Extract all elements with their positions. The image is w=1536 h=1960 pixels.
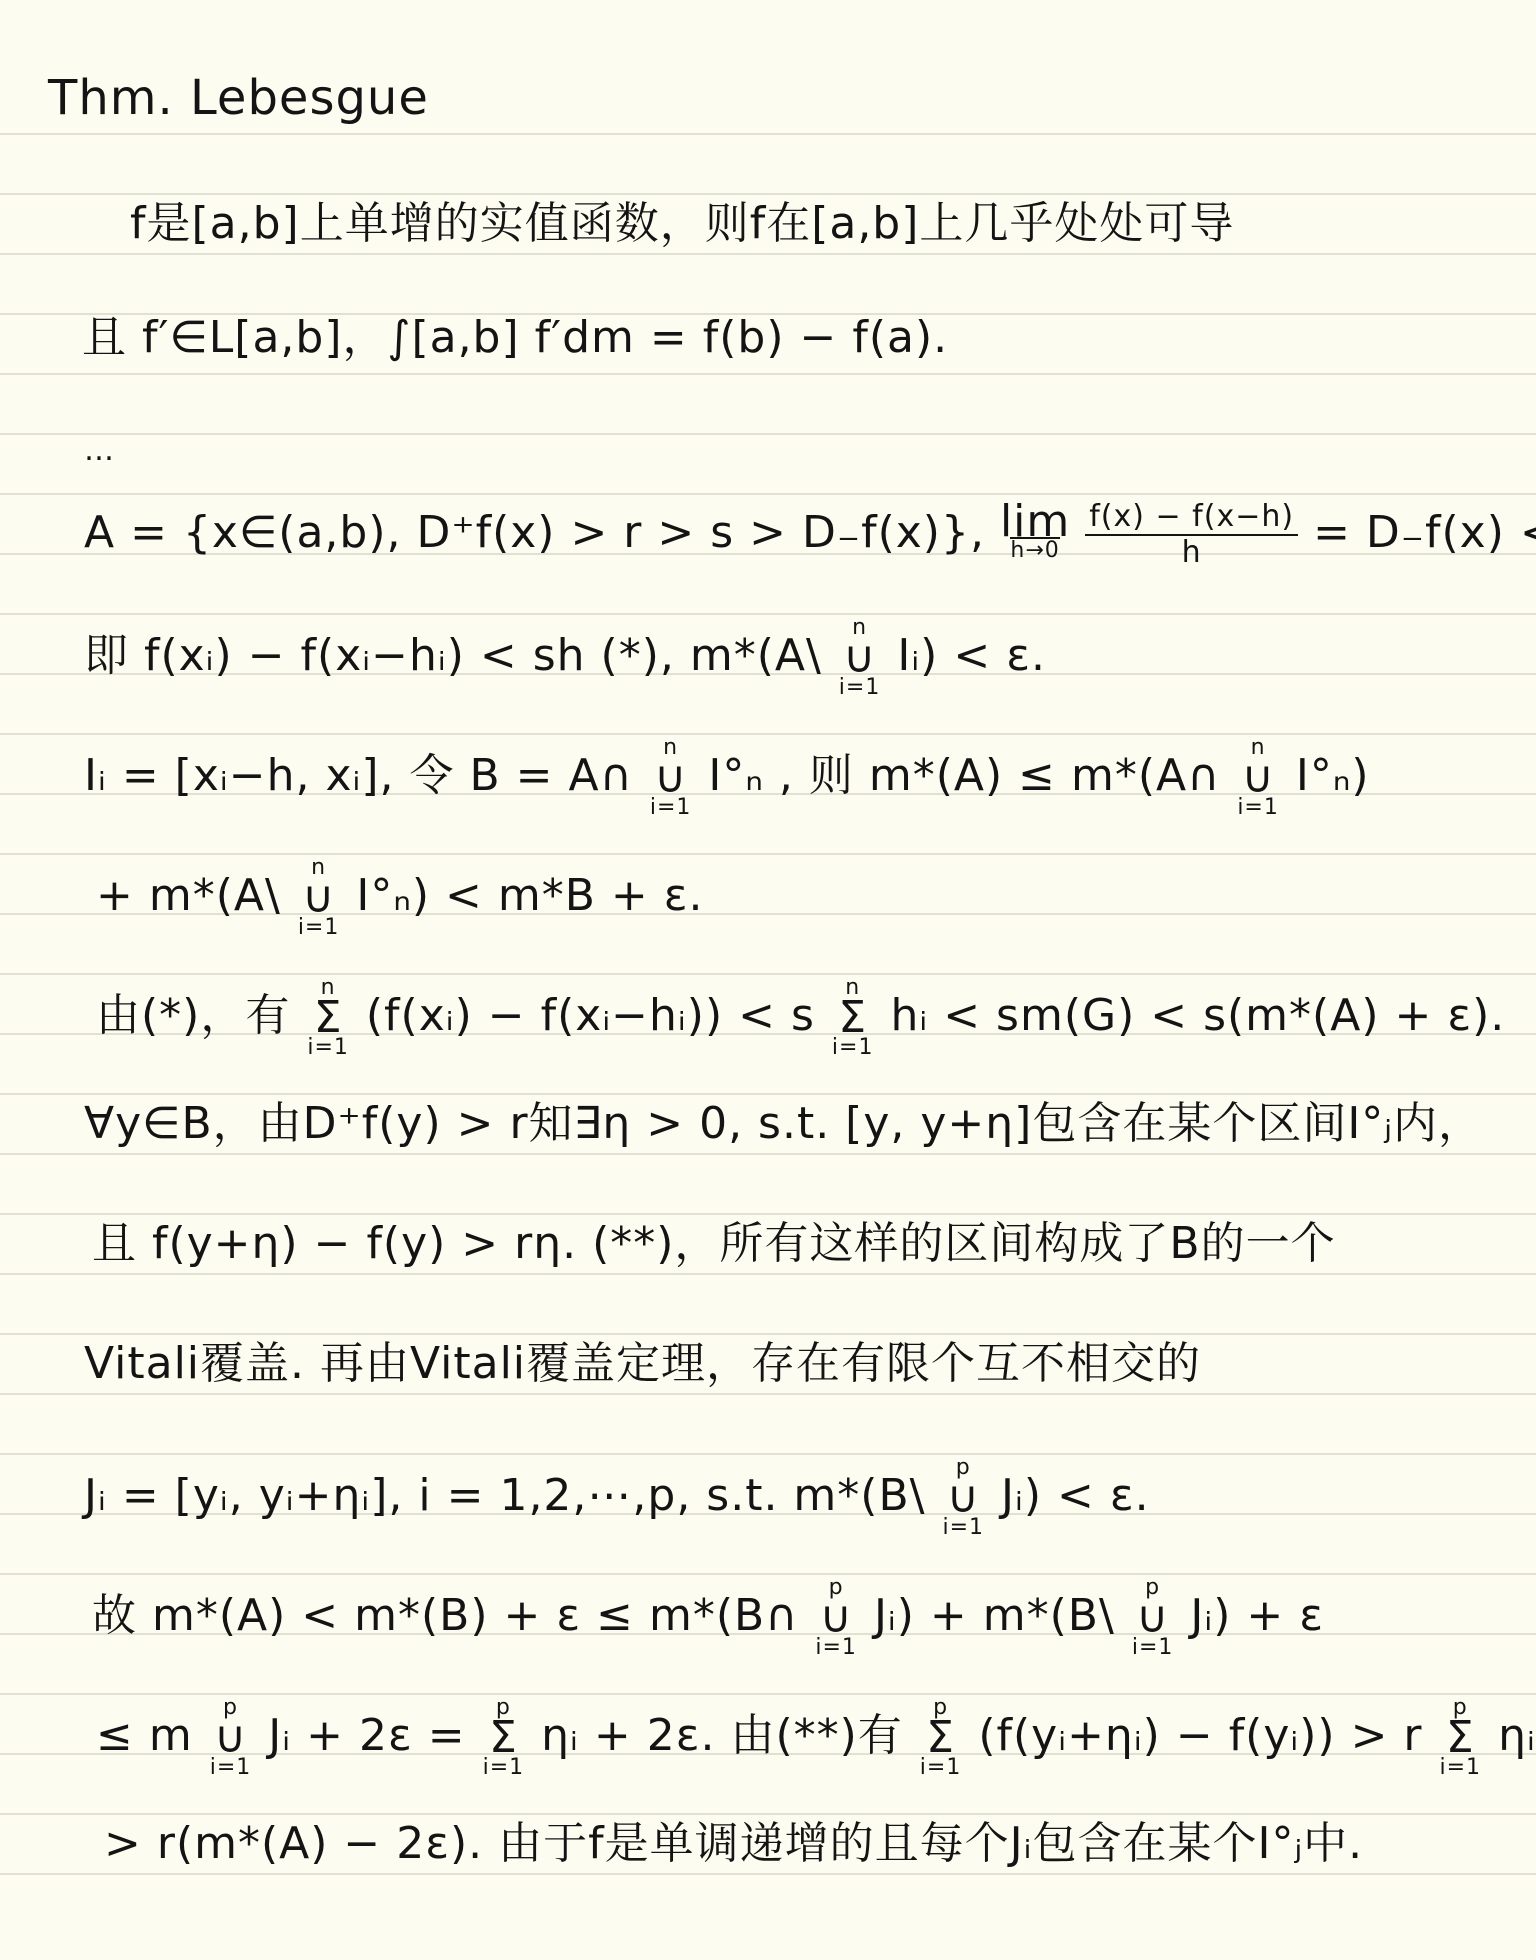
union-symbol: n∪i=1 [1237,738,1279,818]
lim-label: lim [1000,507,1070,537]
le-measure: ≤ m [96,1710,193,1761]
measure-bound: Iᵢ) < ε. [897,630,1046,681]
lower-derivative-bound: = D₋f(x) < s , [1313,507,1536,558]
proof-line-set-A: A = {x∈(a,b), D⁺f(x) > r > s > D₋f(x)}, … [84,500,1536,570]
union-op: ∪ [820,1598,853,1638]
ruled-line [0,1573,1536,1575]
ruled-line [0,1333,1536,1335]
union-lower: i=1 [839,678,881,698]
theorem-title: Thm. Lebesgue [48,72,429,124]
by-double-star: ηᵢ + 2ε. 由(**)有 [541,1710,903,1761]
proof-line-therefore: 故 m*(A) < m*(B) + ε ≤ m*(B∩ p∪i=1 Jᵢ) + … [92,1578,1324,1658]
plus-measure: + m*(A\ [96,870,281,921]
sum-lower: i=1 [483,1758,525,1778]
union-lower: i=1 [1132,1638,1174,1658]
union-op: ∪ [947,1478,980,1518]
sum-symbol: pΣi=1 [483,1698,525,1778]
ruled-line [0,1273,1536,1275]
limit-expression: lim h→0 [1000,507,1070,563]
sum-differences: (f(xᵢ) − f(xᵢ−hᵢ)) < s [366,990,815,1041]
theorem-statement-line-2: 且 f′∈L[a,b]，∫[a,b] f′dm = f(b) − f(a). [82,312,948,364]
sigma-op: Σ [926,1718,955,1758]
lim-subscript: h→0 [1010,537,1059,563]
union-op: ∪ [214,1718,247,1758]
union-lower: i=1 [298,918,340,938]
union-symbol: p∪i=1 [1132,1578,1174,1658]
union-op: ∪ [1136,1598,1169,1638]
eta-sum: ηᵢ [1498,1710,1536,1761]
interval-definition: Iᵢ = [xᵢ−h, xᵢ], 令 B = A∩ [84,750,633,801]
ruled-line [0,133,1536,135]
union-op: ∪ [654,758,687,798]
proof-line-star: 即 f(xᵢ) − f(xᵢ−hᵢ) < sh (*), m*(A\ n∪i=1… [84,618,1046,698]
ruled-line [0,1453,1536,1455]
sum-h-bound: hᵢ < sm(G) < s(m*(A) + ε). [890,990,1505,1041]
ruled-line [0,1393,1536,1395]
union-op: ∪ [1241,758,1274,798]
fraction-denominator: h [1182,536,1202,570]
ruled-line [0,373,1536,375]
proof-line-sum-star: 由(*)，有 nΣi=1 (f(xᵢ) − f(xᵢ−hᵢ)) < s nΣi=… [96,978,1505,1058]
proof-line-conclusion: > r(m*(A) − 2ε). 由于f是单调递增的且每个Jᵢ包含在某个I°ⱼ中… [104,1818,1363,1870]
proof-line-sum-eta: ≤ m p∪i=1 Jᵢ + 2ε = pΣi=1 ηᵢ + 2ε. 由(**)… [96,1698,1536,1778]
J-interval-definition: Jᵢ = [yᵢ, yᵢ+ηᵢ], i = 1,2,⋯,p, s.t. m*(B… [84,1470,925,1521]
plus-outer-measure: Jᵢ) + m*(B\ [874,1590,1115,1641]
union-lower: i=1 [815,1638,857,1658]
ruled-line [0,493,1536,495]
union-symbol: n∪i=1 [839,618,881,698]
union-lower: i=1 [210,1758,252,1778]
sum-f-differences: (f(yᵢ+ηᵢ) − f(yᵢ)) > r [978,1710,1422,1761]
proof-line-J-intervals: Jᵢ = [yᵢ, yᵢ+ηᵢ], i = 1,2,⋯,p, s.t. m*(B… [84,1458,1150,1538]
sum-symbol: pΣi=1 [920,1698,962,1778]
interior-union: I°ₙ) [1296,750,1370,801]
proof-line-vitali: Vitali覆盖. 再由Vitali覆盖定理，存在有限个互不相交的 [84,1338,1201,1390]
union-lower: i=1 [1237,798,1279,818]
union-symbol: n∪i=1 [298,858,340,938]
union-lower: i=1 [650,798,692,818]
ruled-line [0,853,1536,855]
sum-lower: i=1 [307,1038,349,1058]
sum-lower: i=1 [832,1038,874,1058]
ruled-line [0,1213,1536,1215]
fraction-numerator: f(x) − f(x−h) [1085,500,1298,536]
union-symbol: p∪i=1 [815,1578,857,1658]
ruled-line [0,193,1536,195]
sum-symbol: pΣi=1 [1440,1698,1482,1778]
star-inequality: 即 f(xᵢ) − f(xᵢ−hᵢ) < sh (*), m*(A\ [84,630,822,681]
measure-B-bound: I°ₙ) < m*B + ε. [356,870,703,921]
proof-line-intervals: Iᵢ = [xᵢ−h, xᵢ], 令 B = A∩ n∪i=1 I°ₙ , 则 … [84,738,1370,818]
ruled-line [0,433,1536,435]
ruled-line [0,1093,1536,1095]
theorem-statement-line-1: f是[a,b]上单增的实值函数，则f在[a,b]上几乎处处可导 [130,198,1234,250]
sum-lower: i=1 [1440,1758,1482,1778]
union-op: ∪ [843,638,876,678]
plus-epsilon: Jᵢ) + ε [1190,1590,1324,1641]
by-star: 由(*)，有 [96,990,290,1041]
ruled-line [0,1153,1536,1155]
proof-line-plus-measure: + m*(A\ n∪i=1 I°ₙ) < m*B + ε. [96,858,704,938]
sigma-op: Σ [838,998,867,1038]
ruled-line [0,1873,1536,1875]
outer-measure-inequality: I°ₙ , 则 m*(A) ≤ m*(A∩ [708,750,1220,801]
union-symbol: p∪i=1 [942,1458,984,1538]
union-lower: i=1 [942,1518,984,1538]
difference-quotient: f(x) − f(x−h) h [1085,500,1298,570]
set-A-definition: A = {x∈(a,b), D⁺f(x) > r > s > D₋f(x)}, [84,507,985,558]
union-symbol: n∪i=1 [650,738,692,818]
sum-symbol: nΣi=1 [832,978,874,1058]
ruled-line [0,1813,1536,1815]
ruled-line [0,613,1536,615]
sum-lower: i=1 [920,1758,962,1778]
sigma-op: Σ [314,998,343,1038]
ruled-line [0,253,1536,255]
sigma-op: Σ [489,1718,518,1758]
therefore-inequality: 故 m*(A) < m*(B) + ε ≤ m*(B∩ [92,1590,798,1641]
union-op: ∪ [302,878,335,918]
proof-line-forall-y: ∀y∈B，由D⁺f(y) > r知∃η > 0, s.t. [y, y+η]包含… [84,1098,1483,1150]
ruled-line [0,973,1536,975]
sum-symbol: nΣi=1 [307,978,349,1058]
proof-line-double-star: 且 f(y+η) − f(y) > rη. (**)，所有这样的区间构成了B的一… [92,1218,1336,1270]
ruled-line [0,733,1536,735]
sigma-op: Σ [1446,1718,1475,1758]
union-symbol: p∪i=1 [210,1698,252,1778]
J-measure-bound: Jᵢ) < ε. [1001,1470,1150,1521]
plus-two-epsilon: Jᵢ + 2ε = [268,1710,465,1761]
ellipsis: … [84,425,115,477]
